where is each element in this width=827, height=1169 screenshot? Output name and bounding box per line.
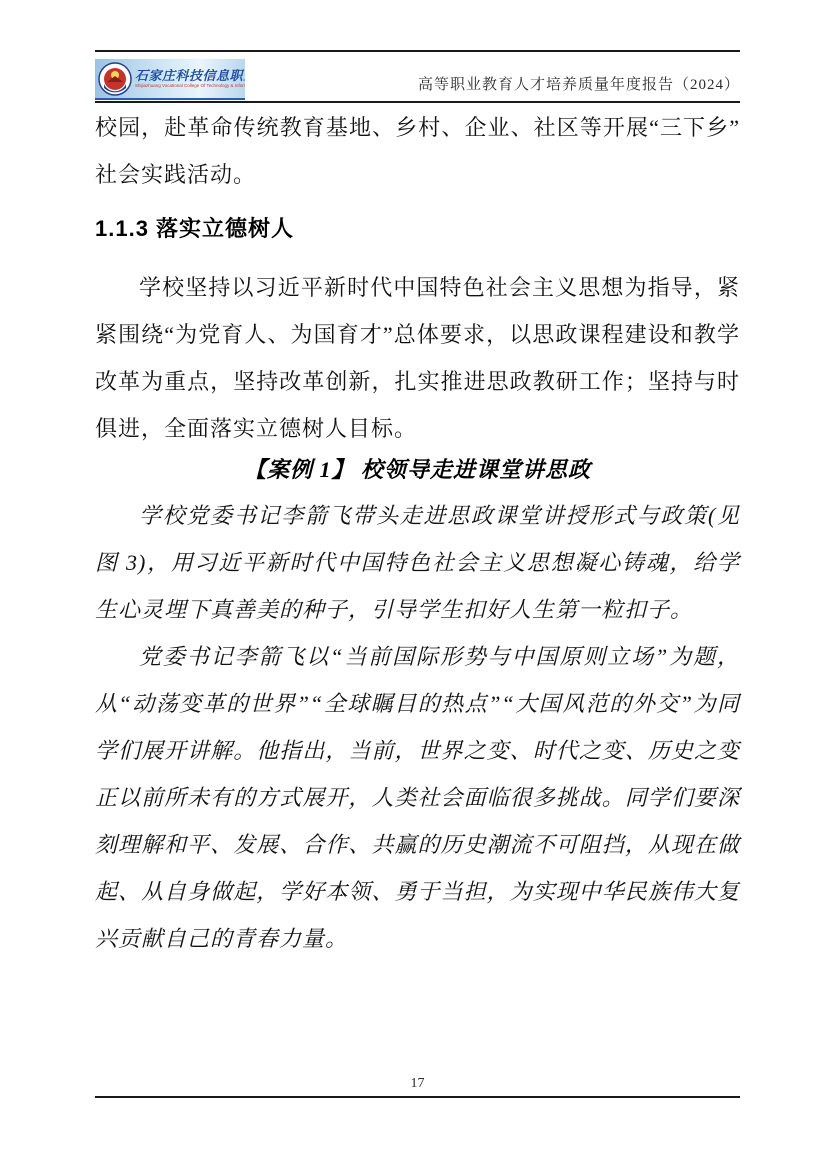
paragraph-continuation: 校园，赴革命传统教育基地、乡村、企业、社区等开展“三下乡”社会实践活动。: [95, 104, 740, 198]
header-bottom-rule: [95, 101, 740, 103]
page-header: 石家庄科技信息职业学院 Shijiazhuang Vocational Coll…: [95, 52, 740, 100]
section-heading: 1.1.3 落实立德树人: [95, 214, 740, 244]
college-emblem-icon: [98, 62, 132, 96]
case-paragraph-1: 学校党委书记李箭飞带头走进思政课堂讲授形式与政策(见图 3)，用习近平新时代中国…: [95, 492, 740, 633]
case-paragraph-2: 党委书记李箭飞以“当前国际形势与中国原则立场”为题，从“动荡变革的世界”“全球瞩…: [95, 633, 740, 962]
document-content: 校园，赴革命传统教育基地、乡村、企业、社区等开展“三下乡”社会实践活动。 1.1…: [95, 104, 740, 962]
page-body: 石家庄科技信息职业学院 Shijiazhuang Vocational Coll…: [95, 0, 740, 1169]
college-name-en: Shijiazhuang Vocational College Of Techn…: [135, 84, 234, 89]
college-logo: 石家庄科技信息职业学院 Shijiazhuang Vocational Coll…: [95, 59, 245, 100]
case-title: 【案例 1】 校领导走进课堂讲思政: [95, 454, 740, 486]
footer-rule: [95, 1096, 740, 1098]
paragraph-1: 学校坚持以习近平新时代中国特色社会主义思想为指导，紧紧围绕“为党育人、为国育才”…: [95, 264, 740, 452]
college-name-zh: 石家庄科技信息职业学院: [135, 69, 245, 82]
page-number: 17: [95, 1076, 740, 1092]
report-title: 高等职业教育人才培养质量年度报告（2024）: [418, 73, 740, 100]
college-name-block: 石家庄科技信息职业学院 Shijiazhuang Vocational Coll…: [135, 69, 245, 89]
document-page: { "header": { "logo": { "college_name_zh…: [0, 0, 827, 1169]
